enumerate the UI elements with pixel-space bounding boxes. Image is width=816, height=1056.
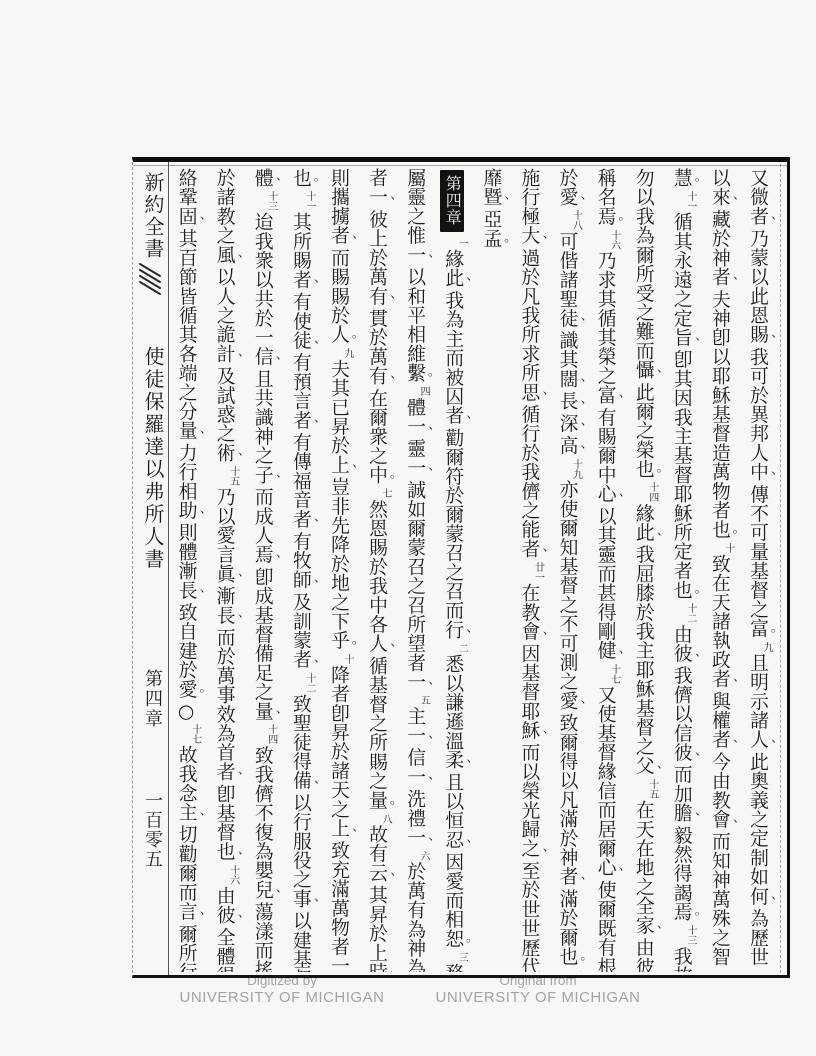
- punctuation-mark: 、: [215, 614, 253, 617]
- punctuation-mark: 、: [405, 467, 443, 470]
- punctuation-mark: 、: [443, 277, 481, 280]
- scripture-text-area: 又微者、乃蒙以此恩賜、我可於異邦人中、傳不可量基督之富。九且明示諸人、此奧義之定…: [170, 168, 776, 972]
- verse-number: 十一: [303, 191, 315, 211]
- punctuation-mark: 、: [634, 369, 672, 372]
- verse-number: 十: [722, 543, 734, 553]
- punctuation-mark: 、: [672, 337, 710, 340]
- punctuation-mark: 、: [557, 700, 595, 703]
- verse-number: 十七: [189, 724, 201, 744]
- verse-number: 十八: [570, 210, 582, 230]
- watermark-line: UNIVERSITY OF MICHIGAN: [418, 989, 658, 1007]
- punctuation-mark: 。: [634, 468, 672, 471]
- punctuation-mark: 。: [329, 334, 367, 337]
- punctuation-mark: 、: [177, 589, 215, 592]
- punctuation-mark: 、: [177, 216, 215, 219]
- punctuation-mark: 、: [367, 196, 405, 199]
- punctuation-mark: 、: [557, 422, 595, 425]
- punctuation-mark: 、: [291, 780, 329, 783]
- punctuation-mark: 、: [405, 426, 443, 429]
- punctuation-mark: 、: [291, 579, 329, 582]
- text-column: 又微者、乃蒙以此恩賜、我可於異邦人中、傳不可量基督之富。九且明示諸人、此奧義之定…: [738, 168, 776, 972]
- verse-number: 十三: [684, 925, 696, 945]
- punctuation-mark: 、: [291, 898, 329, 901]
- text-column: 屬靈之惟一、以和平相維繫。四體一、靈一、誠如爾蒙召之召所望者一、五主一、信一、洗…: [395, 168, 433, 972]
- punctuation-mark: 、: [405, 837, 443, 840]
- punctuation-mark: 、: [177, 510, 215, 513]
- punctuation-mark: 、: [634, 925, 672, 928]
- verse-number: 十四: [646, 482, 658, 502]
- punctuation-mark: 、: [519, 631, 557, 634]
- punctuation-mark: 、: [367, 872, 405, 875]
- punctuation-mark: 、: [291, 279, 329, 282]
- verse-number: 十二: [684, 603, 696, 623]
- punctuation-mark: 、: [710, 196, 748, 199]
- punctuation-mark: 、: [710, 819, 748, 822]
- punctuation-mark: 、: [596, 867, 634, 870]
- verse-number: 三: [455, 952, 467, 962]
- punctuation-mark: 、: [291, 518, 329, 521]
- punctuation-mark: 、: [748, 896, 776, 899]
- text-column: 第四章一緣此、我為主而被囚者、勸爾符於爾蒙召之召而行、二悉以謙遜溫柔、且以恒忍、…: [433, 168, 471, 972]
- punctuation-mark: 。: [291, 177, 329, 180]
- punctuation-mark: 、: [596, 493, 634, 496]
- punctuation-mark: 。: [672, 589, 710, 592]
- punctuation-mark: 、: [215, 254, 253, 257]
- text-column: 絡鞏固、其百節皆循其各端之分量、力行相助、則體漸長、致自建於愛。○十七故我念主、…: [170, 168, 205, 972]
- punctuation-mark: 、: [557, 400, 595, 403]
- verse-number: 十五: [227, 466, 239, 486]
- punctuation-mark: 、: [215, 353, 253, 356]
- punctuation-mark: 、: [443, 415, 481, 418]
- punctuation-mark: 、: [443, 839, 481, 842]
- chapter-heading-box: 第四章: [440, 170, 464, 232]
- punctuation-mark: 、: [291, 419, 329, 422]
- punctuation-mark: 、: [405, 681, 443, 684]
- verse-number: 一: [455, 238, 467, 248]
- punctuation-mark: 、: [443, 629, 481, 632]
- verse-number: 二: [455, 643, 467, 653]
- scanned-book-page: 新約全書 使徒保羅達以弗所人書 第四章 一百零五 又微者、乃蒙以此恩賜、我可於異…: [0, 0, 816, 1056]
- punctuation-mark: 、: [710, 276, 748, 279]
- punctuation-mark: 。: [177, 688, 215, 691]
- punctuation-mark: 、: [253, 474, 291, 477]
- punctuation-mark: 、: [557, 317, 595, 320]
- text-column: 慧。十一循其永遠之定旨、卽其因我主基督耶穌所定者也。十二由彼、我儕以信彼、而加膽…: [662, 168, 700, 972]
- verse-number: 七: [379, 488, 391, 498]
- punctuation-mark: 、: [329, 828, 367, 831]
- text-column: 者一、彼上於萬有、貫於萬有、在爾衆之中。七然恩賜於我中各人、循基督之所賜之量。八…: [357, 168, 395, 972]
- verse-number: 八: [379, 814, 391, 824]
- punctuation-mark: 、: [253, 177, 291, 180]
- watermark-line: UNIVERSITY OF MICHIGAN: [162, 989, 402, 1007]
- punctuation-mark: 、: [557, 445, 595, 448]
- punctuation-mark: 。: [596, 216, 634, 219]
- punctuation-mark: 、: [291, 340, 329, 343]
- punctuation-mark: 、: [215, 851, 253, 854]
- punctuation-mark: 、: [634, 532, 672, 535]
- verse-number: 十六: [227, 865, 239, 885]
- punctuation-mark: 、: [519, 391, 557, 394]
- punctuation-mark: 、: [177, 430, 215, 433]
- text-column: 以來、藏於神者、夫神卽以耶穌基督造萬物者也。十致在天諸執政者、與權者、今由教會、…: [700, 168, 738, 972]
- punctuation-mark: 、: [748, 739, 776, 742]
- gutter-margin: 新約全書 使徒保羅達以弗所人書 第四章 一百零五: [133, 162, 169, 975]
- punctuation-mark: 、: [177, 812, 215, 815]
- verse-number: 十五: [646, 779, 658, 799]
- verse-number: 廿一: [531, 562, 543, 582]
- punctuation-mark: 。: [367, 474, 405, 477]
- punctuation-mark: 。: [710, 529, 748, 532]
- punctuation-mark: 、: [177, 911, 215, 914]
- punctuation-mark: 、: [557, 196, 595, 199]
- punctuation-mark: 、: [367, 643, 405, 646]
- verse-number: 十四: [265, 724, 277, 744]
- verse-number: 十七: [608, 664, 620, 684]
- punctuation-mark: 、: [519, 548, 557, 551]
- punctuation-mark: 。: [557, 956, 595, 959]
- punctuation-mark: 、: [367, 375, 405, 378]
- punctuation-mark: 。: [367, 800, 405, 803]
- punctuation-mark: 、: [519, 730, 557, 733]
- punctuation-mark: 、: [367, 971, 405, 972]
- text-column: 也。十一其所賜者、有使徒、有預言者、有傳福音者、有牧師、及訓蒙者、十二致聖徒得備…: [281, 168, 319, 972]
- punctuation-mark: 、: [443, 759, 481, 762]
- punctuation-mark: 。: [748, 628, 776, 631]
- verse-number: 十六: [608, 230, 620, 250]
- punctuation-mark: 、: [215, 914, 253, 917]
- punctuation-mark: 、: [215, 452, 253, 455]
- book-title: 使徒保羅達以弗所人書: [139, 346, 168, 571]
- punctuation-mark: 、: [215, 771, 253, 774]
- punctuation-mark: 、: [557, 876, 595, 879]
- punctuation-mark: 、: [710, 739, 748, 742]
- punctuation-mark: 、: [215, 573, 253, 576]
- punctuation-mark: 、: [672, 812, 710, 815]
- punctuation-mark: 、: [329, 235, 367, 238]
- punctuation-mark: 、: [405, 254, 443, 257]
- verse-number: 九: [341, 348, 353, 358]
- page-frame: 新約全書 使徒保羅達以弗所人書 第四章 一百零五 又微者、乃蒙以此恩賜、我可於異…: [132, 157, 790, 978]
- verse-number: 十二: [303, 673, 315, 693]
- collection-title: 新約全書: [139, 172, 168, 260]
- punctuation-mark: 、: [748, 334, 776, 337]
- verse-number: 十三: [265, 191, 277, 211]
- punctuation-mark: 。: [672, 911, 710, 914]
- punctuation-mark: 、: [748, 216, 776, 219]
- punctuation-mark: 、: [253, 554, 291, 557]
- text-column: 靡暨、亞孟。: [471, 168, 509, 972]
- verse-number: 二十: [570, 970, 582, 972]
- punctuation-mark: 。: [443, 938, 481, 941]
- punctuation-mark: 。: [329, 640, 367, 643]
- punctuation-mark: 、: [634, 765, 672, 768]
- text-column: 稱名焉。十六乃求其循其榮之富、有賜爾中心、以其靈而甚得剛健、十七又使基督緣信而居…: [586, 168, 624, 972]
- punctuation-mark: 、: [291, 659, 329, 662]
- punctuation-mark: 。: [405, 372, 443, 375]
- punctuation-mark: 、: [596, 650, 634, 653]
- verse-number: 十一: [684, 191, 696, 211]
- punctuation-mark: 。: [672, 177, 710, 180]
- verse-number: 五: [417, 695, 429, 705]
- punctuation-mark: 、: [519, 848, 557, 851]
- scripture-columns: 又微者、乃蒙以此恩賜、我可於異邦人中、傳不可量基督之富。九且明示諸人、此奧義之定…: [170, 168, 776, 972]
- punctuation-mark: 、: [367, 295, 405, 298]
- punctuation-mark: 、: [596, 394, 634, 397]
- punctuation-mark: 、: [710, 678, 748, 681]
- punctuation-mark: 、: [253, 710, 291, 713]
- text-column: 勿以我為爾所受之難而懾、此爾之榮也。十四緣此、我屈膝於我主耶穌基督之父、十五在天…: [624, 168, 662, 972]
- text-column: 則攜擄者、而賜賜於人。九夫其已昇於上、豈非先降於地之下乎。十降者卽昇於諸天之上、…: [319, 168, 357, 972]
- punctuation-mark: 、: [519, 235, 557, 238]
- punctuation-mark: 、: [253, 356, 291, 359]
- verse-number: 十九: [570, 459, 582, 479]
- page-number: 一百零五: [139, 791, 165, 869]
- punctuation-mark: 。: [481, 238, 519, 241]
- punctuation-mark: 、: [481, 196, 519, 199]
- punctuation-mark: 、: [672, 752, 710, 755]
- punctuation-mark: 、: [405, 735, 443, 738]
- text-column: 於諸教之風、以人之詭計、及試惑之術、十五乃以愛言眞、漸長、而於萬事效為首者、卽基…: [205, 168, 243, 972]
- text-column: 施行極大、過於凡我所求所思、循行於我儕之能者、廿一在教會、因基督耶穌、而以榮光歸…: [509, 168, 547, 972]
- punctuation-mark: 、: [329, 464, 367, 467]
- verse-number: 六: [417, 851, 429, 861]
- verse-number: 十: [341, 654, 353, 664]
- chapter-label: 第四章: [139, 669, 165, 729]
- text-column: 於愛、十八可偕諸聖徒、識其闊、長、深、高、十九亦使爾知基督之不可測之愛、致爾得以…: [547, 168, 585, 972]
- punctuation-mark: 、: [672, 653, 710, 656]
- punctuation-mark: 、: [253, 889, 291, 892]
- punctuation-mark: 、: [557, 378, 595, 381]
- punctuation-mark: 、: [748, 471, 776, 474]
- verse-number: 四: [417, 386, 429, 396]
- verse-number: 九: [760, 642, 772, 652]
- hatch-ornament-icon: [137, 260, 163, 302]
- punctuation-mark: 、: [405, 776, 443, 779]
